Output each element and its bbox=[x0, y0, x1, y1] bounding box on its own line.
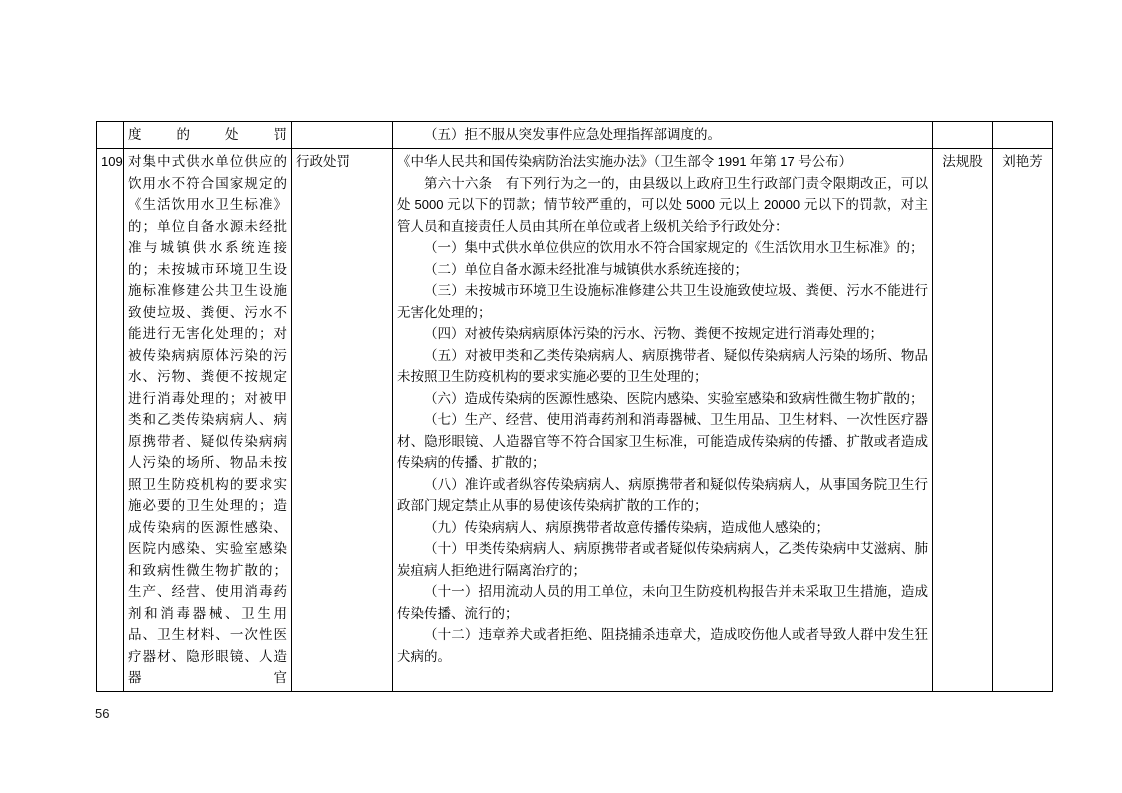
page-number: 56 bbox=[95, 706, 109, 721]
legal-item-6: （六）造成传染病的医源性感染、医院内感染、实验室感染和致病性微生物扩散的； bbox=[397, 388, 928, 410]
department-cell bbox=[933, 122, 993, 149]
legal-item-5: （五）对被甲类和乙类传染病病人、病原携带者、疑似传染病病人污染的场所、物品未按照… bbox=[397, 345, 928, 388]
legal-item-1: （一）集中式供水单位供应的饮用水不符合国家规定的《生活饮用水卫生标准》的； bbox=[397, 237, 928, 259]
document-page: 度的处罚 （五）拒不服从突发事件应急处理指挥部调度的。 109 对集中式供水单位… bbox=[0, 0, 1122, 793]
seq-cell: 109 bbox=[97, 149, 124, 692]
legal-article: 第六十六条 有下列行为之一的，由县级以上政府卫生行政部门责令限期改正，可以处 5… bbox=[397, 173, 928, 238]
person-cell: 刘艳芳 bbox=[993, 149, 1053, 692]
legal-item-8: （八）准许或者纵容传染病病人、病原携带者和疑似传染病病人，从事国务院卫生行政部门… bbox=[397, 474, 928, 517]
legal-title: 《中华人民共和国传染病防治法实施办法》（卫生部令 1991 年第 17 号公布） bbox=[397, 151, 928, 173]
penalty-type-cell bbox=[292, 122, 393, 149]
legal-item-3: （三）未按城市环境卫生设施标准修建公共卫生设施致使垃圾、粪便、污水不能进行无害化… bbox=[397, 280, 928, 323]
legal-item-12: （十二）违章养犬或者拒绝、阻挠捕杀违章犬，造成咬伤他人或者导致人群中发生狂犬病的… bbox=[397, 624, 928, 667]
legal-item-10: （十）甲类传染病病人、病原携带者或者疑似传染病病人，乙类传染病中艾滋病、肺炭疽病… bbox=[397, 538, 928, 581]
seq-cell bbox=[97, 122, 124, 149]
legal-item-11: （十一）招用流动人员的用工单位，未向卫生防疫机构报告并未采取卫生措施，造成传染传… bbox=[397, 581, 928, 624]
legal-basis-cell: （五）拒不服从突发事件应急处理指挥部调度的。 bbox=[393, 122, 933, 149]
legal-item-2: （二）单位自备水源未经批准与城镇供水系统连接的； bbox=[397, 259, 928, 281]
violation-cell: 对集中式供水单位供应的饮用水不符合国家规定的《生活饮用水卫生标准》的；单位自备水… bbox=[124, 149, 292, 692]
person-cell bbox=[993, 122, 1053, 149]
legal-item-7: （七）生产、经营、使用消毒药剂和消毒器械、卫生用品、卫生材料、一次性医疗器材、隐… bbox=[397, 409, 928, 474]
legal-paragraph: （五）拒不服从突发事件应急处理指挥部调度的。 bbox=[397, 124, 928, 146]
table-row-continuation: 度的处罚 （五）拒不服从突发事件应急处理指挥部调度的。 bbox=[97, 122, 1053, 149]
department-cell: 法规股 bbox=[933, 149, 993, 692]
penalty-table: 度的处罚 （五）拒不服从突发事件应急处理指挥部调度的。 109 对集中式供水单位… bbox=[96, 121, 1053, 692]
table-row-109: 109 对集中式供水单位供应的饮用水不符合国家规定的《生活饮用水卫生标准》的；单… bbox=[97, 149, 1053, 692]
violation-cell: 度的处罚 bbox=[124, 122, 292, 149]
legal-basis-cell: 《中华人民共和国传染病防治法实施办法》（卫生部令 1991 年第 17 号公布）… bbox=[393, 149, 933, 692]
legal-item-9: （九）传染病病人、病原携带者故意传播传染病，造成他人感染的； bbox=[397, 517, 928, 539]
penalty-type-cell: 行政处罚 bbox=[292, 149, 393, 692]
legal-item-4: （四）对被传染病病原体污染的污水、污物、粪便不按规定进行消毒处理的； bbox=[397, 323, 928, 345]
